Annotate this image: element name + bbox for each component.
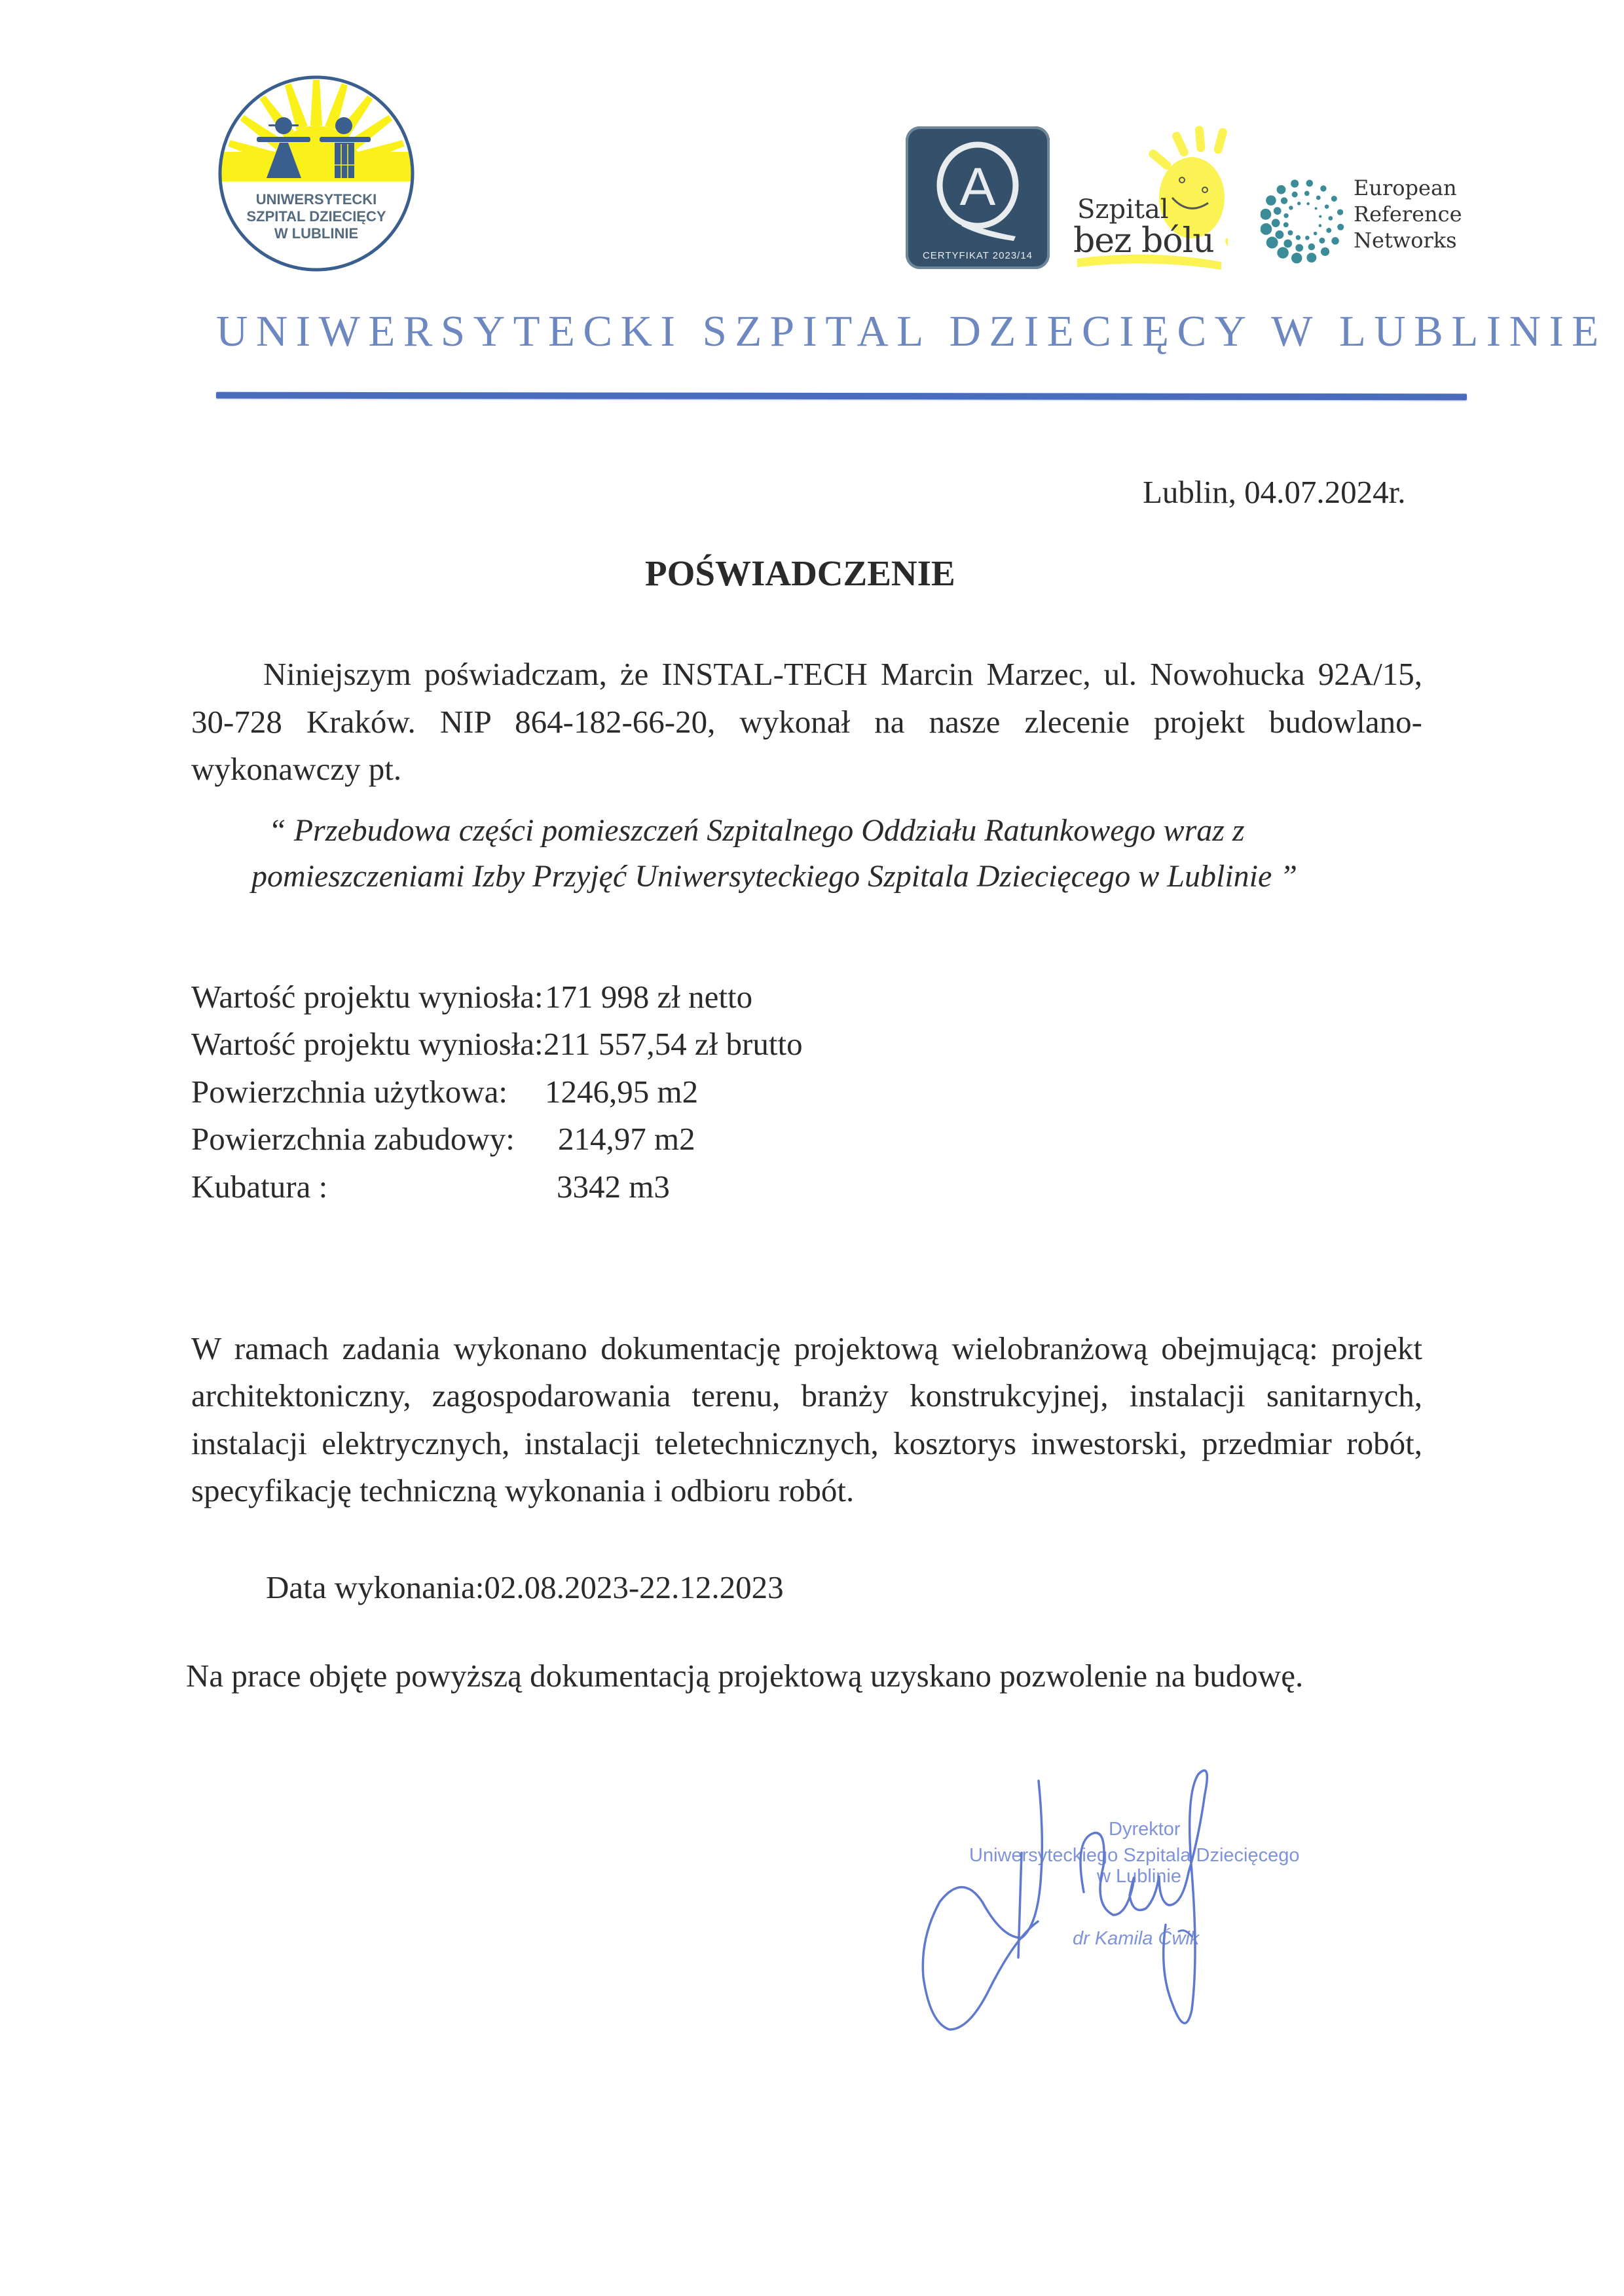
ern-line1: European [1354, 175, 1462, 201]
project-title-line-1: “ Przebudowa części pomieszczeń Szpitaln… [268, 815, 1245, 847]
dotted-circle-icon [1261, 173, 1346, 265]
intro-line-3: wykonawczy pt. [191, 753, 1422, 785]
hospital-title: UNIWERSYTECKI SZPITAL DZIECIĘCY W LUBLIN… [216, 306, 1454, 357]
value-volume: 3342 m3 [557, 1171, 670, 1203]
value-brutto: 211 557,54 zł brutto [544, 1028, 803, 1060]
hospital-logo: UNIWERSYTECKI SZPITAL DZIECIĘCY W LUBLIN… [216, 73, 416, 274]
scope-line-4: specyfikację techniczną wykonania i odbi… [191, 1474, 1422, 1506]
project-title-line-2: pomieszczeniami Izby Przyjęć Uniwersytec… [251, 861, 1297, 892]
scope-line-2: architektoniczny, zagospodarowania teren… [191, 1379, 1422, 1412]
value-label-built-area: Powierzchnia zabudowy: [191, 1123, 515, 1155]
execution-date: Data wykonania:02.08.2023-22.12.2023 [266, 1571, 784, 1603]
svg-text:SZPITAL DZIECIĘCY: SZPITAL DZIECIĘCY [246, 208, 386, 225]
ern-logo: European Reference Networks [1261, 173, 1470, 265]
value-built-area: 214,97 m2 [558, 1123, 695, 1155]
place-and-date: Lublin, 04.07.2024r. [1143, 476, 1406, 508]
svg-text:A: A [960, 157, 996, 217]
ern-line3: Networks [1354, 227, 1462, 253]
value-label-netto: Wartość projektu wyniosła: [191, 981, 544, 1013]
pain-free-hospital-logo: Szpital bez bólu [1071, 124, 1228, 272]
quality-certificate-logo: A CERTYFIKAT 2023/14 [906, 126, 1050, 269]
intro-line-1: Niniejszym poświadczam, że INSTAL-TECH M… [263, 658, 1422, 690]
scope-line-3: instalacji elektrycznych, instalacji tel… [191, 1427, 1422, 1459]
value-netto: 171 998 zł netto [545, 981, 752, 1013]
value-label-usable-area: Powierzchnia użytkowa: [191, 1076, 507, 1108]
value-usable-area: 1246,95 m2 [545, 1076, 698, 1108]
handwritten-signature-icon [910, 1741, 1369, 2043]
quality-certificate-q-icon: A [925, 138, 1030, 246]
header-divider [216, 392, 1467, 401]
permit-note: Na prace objęte powyższą dokumentacją pr… [186, 1660, 1303, 1692]
document-heading: POŚWIADCZENIE [645, 555, 955, 591]
pain-free-line1: Szpital [1077, 196, 1169, 223]
value-label-brutto: Wartość projektu wyniosła: [191, 1028, 544, 1060]
svg-text:UNIWERSYTECKI: UNIWERSYTECKI [256, 191, 377, 208]
director-stamp-signature: Dyrektor Uniwersyteckiego Szpitala Dziec… [910, 1741, 1369, 2043]
svg-text:W LUBLINIE: W LUBLINIE [274, 225, 358, 242]
certificate-caption: CERTYFIKAT 2023/14 [906, 250, 1050, 261]
scope-line-1: W ramach zadania wykonano dokumentację p… [191, 1332, 1422, 1364]
pain-free-line2: bez bólu [1073, 224, 1214, 258]
value-label-volume: Kubatura : [191, 1171, 327, 1203]
children-sun-logo-icon: UNIWERSYTECKI SZPITAL DZIECIĘCY W LUBLIN… [216, 73, 416, 274]
ern-line2: Reference [1354, 201, 1462, 227]
intro-line-2: 30-728 Kraków. NIP 864-182-66-20, wykona… [191, 706, 1422, 738]
